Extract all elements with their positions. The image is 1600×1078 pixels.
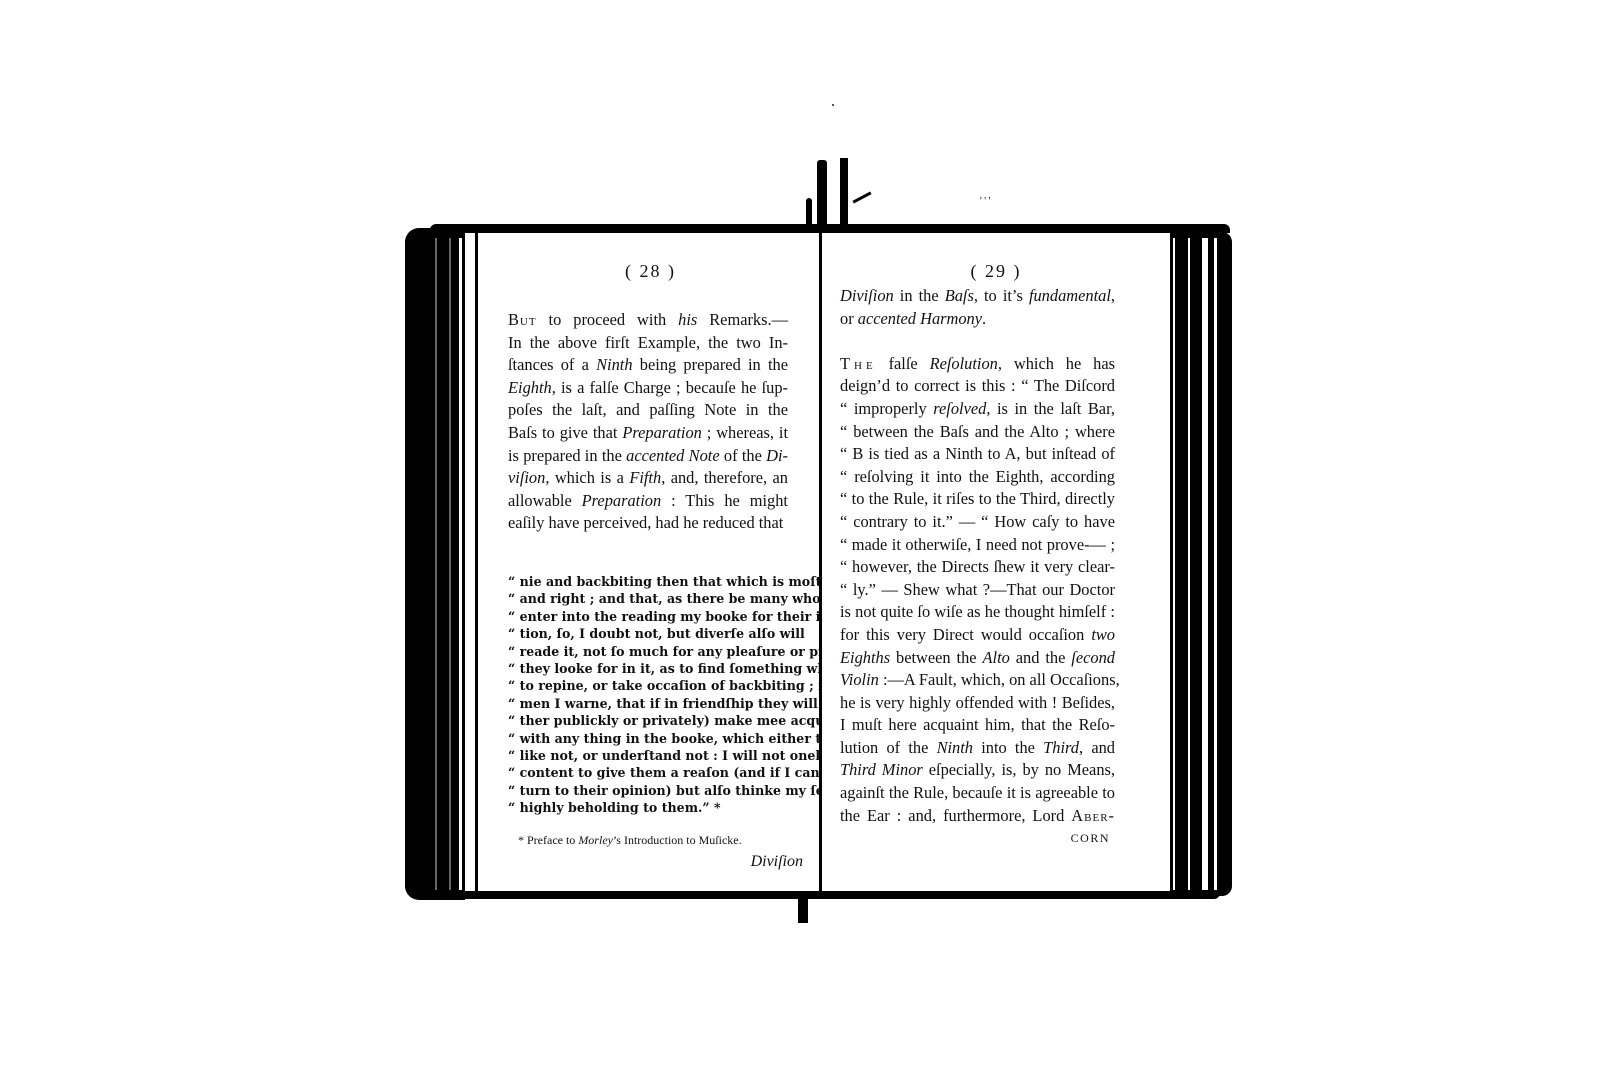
book-top-edge <box>430 224 1230 233</box>
footnote: * Preface to Morley’s Introduction to Mu… <box>518 833 742 848</box>
text-line: Baſs to give that Preparation ; whereas,… <box>508 422 788 445</box>
text-line: “ to the Rule, it riſes to the Third, di… <box>840 488 1115 511</box>
text-line: is not quite ſo wiſe as he thought himſe… <box>840 601 1115 624</box>
text-line: lution of the Ninth into the Third, and <box>840 737 1115 760</box>
text-line: ſtances of a Ninth being prepared in the <box>508 354 788 377</box>
blank-line <box>840 330 1115 353</box>
right-cover-edge <box>1170 232 1232 896</box>
text-line: “ improperly reſolved, is in the laſt Ba… <box>840 398 1115 421</box>
text-line: “ between the Baſs and the Alto ; where <box>840 421 1115 444</box>
text-line: is prepared in the accented Note of the … <box>508 445 788 468</box>
quotation-line: “ and right ; and that, as there be many… <box>508 590 788 607</box>
quotation-line: “ nie and backbiting then that which is … <box>508 573 788 590</box>
text-line: “ ly.” — Shew what ?—That our Doctor <box>840 579 1115 602</box>
text-line: againſt the Rule, becauſe it is agreeabl… <box>840 782 1115 805</box>
bookmark-ribbon <box>840 158 848 232</box>
quotation-line: “ enter into the reading my booke for th… <box>508 608 788 625</box>
page-edge-line <box>459 238 462 890</box>
text-line: “ however, the Directs ſhew it very clea… <box>840 556 1115 579</box>
text-line: or accented Harmony. <box>840 308 1115 331</box>
text-line: The falſe Reſolution, which he has <box>840 353 1115 376</box>
quotation-line: “ reade it, not ſo much for any pleaſure… <box>508 643 788 660</box>
text-line: for this very Direct would occaſion two <box>840 624 1115 647</box>
text-line: In the above firſt Example, the two In- <box>508 332 788 355</box>
text-line: he is very highly offended with ! Beſide… <box>840 692 1115 715</box>
quotation-line: “ they looke for in it, as to find ſomet… <box>508 660 788 677</box>
bookmark-ribbon-bottom <box>798 893 808 923</box>
text-line: “ made it otherwiſe, I need not prove-— … <box>840 534 1115 557</box>
catchword: Diviſion <box>751 853 803 871</box>
quotation-line: “ men I warne, that if in friendſhip the… <box>508 695 788 712</box>
scan-specks: ' ' ' <box>980 196 990 207</box>
bookmark-ribbon <box>852 191 871 203</box>
page-edge-line <box>435 238 437 890</box>
body-text: Diviſion in the Baſs, to it’s fundamenta… <box>840 285 1115 827</box>
text-line: I muſt here acquaint him, that the Reſo- <box>840 714 1115 737</box>
bookmark-ribbon <box>817 160 827 232</box>
text-line: But to proceed with his Remarks.— <box>508 309 788 332</box>
catchword: CORN <box>1071 831 1110 846</box>
left-page: ( 28 ) But to proceed with his Remarks.—… <box>475 233 825 891</box>
text-line: eaſily have perceived, had he reduced th… <box>508 512 788 535</box>
text-line: viſion, which is a Fifth, and, therefore… <box>508 467 788 490</box>
quotation-line: “ like not, or underſtand not : I will n… <box>508 747 788 764</box>
scan-speck <box>832 104 834 106</box>
page-edge-line <box>1202 238 1208 890</box>
left-cover-edge <box>405 228 465 900</box>
text-line: allowable Preparation : This he might <box>508 490 788 513</box>
text-line: the Ear : and, furthermore, Lord Aber- <box>840 805 1115 828</box>
text-line: “ contrary to it.” — “ How caſy to have <box>840 511 1115 534</box>
open-book: ' ' ' ( 28 ) But to proceed with his Rem… <box>0 0 1600 1078</box>
text-line: poſes the laſt, and paſſing Note in the <box>508 399 788 422</box>
page-edge-line <box>1214 238 1217 890</box>
page-number: ( 28 ) <box>478 261 823 282</box>
text-line: Eighths between the Alto and the ſecond <box>840 647 1115 670</box>
page-edge-line <box>1188 238 1190 890</box>
text-line: Diviſion in the Baſs, to it’s fundamenta… <box>840 285 1115 308</box>
text-line: Eighth, is a falſe Charge ; becauſe he ſ… <box>508 377 788 400</box>
right-page: ( 29 ) Diviſion in the Baſs, to it’s fun… <box>822 233 1173 891</box>
quotation-line: “ with any thing in the booke, which eit… <box>508 730 788 747</box>
quotation-line: “ tion, ſo, I doubt not, but diverſe alſ… <box>508 625 788 642</box>
text-line: “ B is tied as a Ninth to A, but inſtead… <box>840 443 1115 466</box>
body-text: But to proceed with his Remarks.—In the … <box>508 309 788 535</box>
quotation-line: “ turn to their opinion) but alſo thinke… <box>508 782 788 799</box>
blackletter-quotation: “ nie and backbiting then that which is … <box>508 573 788 817</box>
text-line: “ reſolving it into the Eighth, accordin… <box>840 466 1115 489</box>
text-line: deign’d to correct is this : “ The Diſco… <box>840 375 1115 398</box>
quotation-line: “ content to give them a reaſon (and if … <box>508 764 788 781</box>
quotation-line: “ to repine, or take occaſion of backbit… <box>508 677 788 694</box>
page-number: ( 29 ) <box>822 261 1170 282</box>
text-line: Violin :—A Fault, which, on all Occaſion… <box>840 669 1115 692</box>
text-line: Third Minor eſpecially, is, by no Means, <box>840 759 1115 782</box>
quotation-line: “ highly beholding to them.” * <box>508 799 788 816</box>
quotation-line: “ ther publickly or privately) make mee … <box>508 712 788 729</box>
footnote-italic: Morley <box>578 833 613 847</box>
page-edge-line <box>449 238 451 890</box>
